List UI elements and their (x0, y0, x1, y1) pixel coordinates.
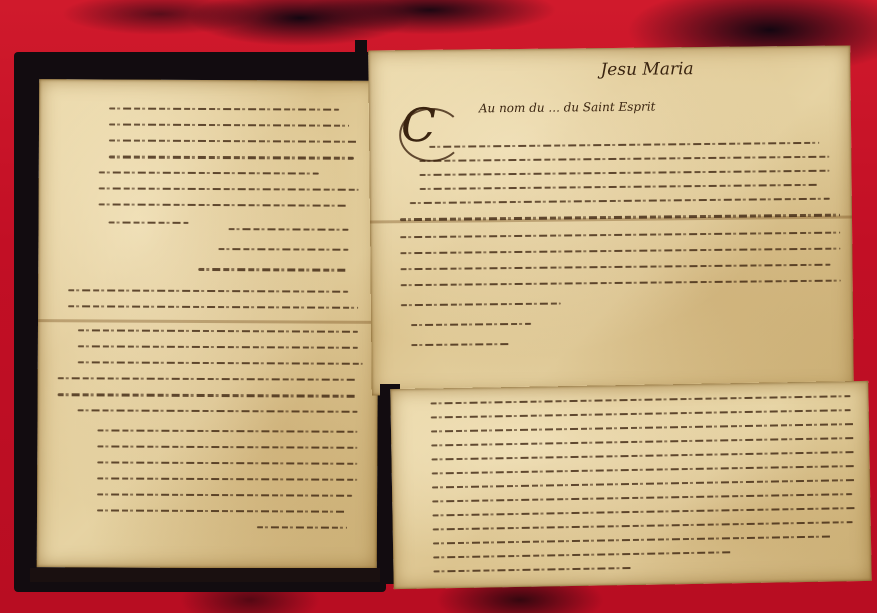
right-manuscript-text (368, 45, 854, 395)
right-lower-sheet (390, 381, 871, 589)
left-manuscript-text (37, 79, 380, 569)
left-manuscript-page (37, 79, 380, 569)
right-manuscript-page: Jesu Maria Au nom du ... du Saint Esprit… (368, 45, 854, 395)
lower-sheet-text (390, 381, 871, 589)
left-page-bottom-edge (30, 568, 380, 582)
